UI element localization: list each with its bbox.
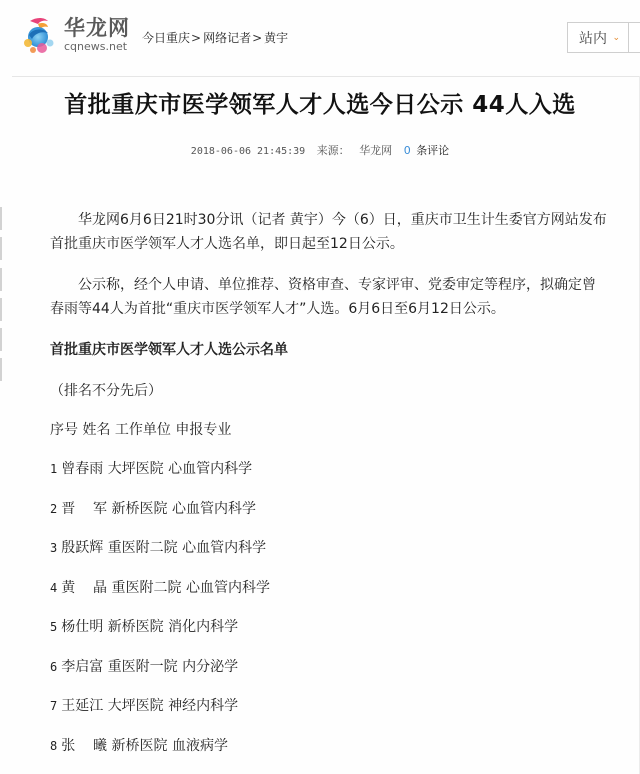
logo-domain: cqnews.net (64, 41, 130, 52)
row-name: 曾春雨 (61, 461, 103, 477)
comment-link[interactable]: 条评论 (416, 144, 449, 157)
row-specialty: 神经内科学 (168, 698, 238, 714)
row-name: 杨仕明 (61, 619, 103, 635)
list-row: 2晋 军 新桥医院 心血管内科学 (50, 497, 608, 521)
row-specialty: 心血管内科学 (168, 461, 252, 477)
row-number: 4 (50, 581, 57, 595)
list-row: 1曾春雨 大坪医院 心血管内科学 (50, 457, 608, 481)
breadcrumb: 今日重庆 > 网络记者 > 黄宇 (142, 29, 288, 46)
row-specialty: 心血管内科学 (186, 580, 270, 596)
search-input[interactable] (628, 22, 640, 53)
left-edge-marker (0, 358, 2, 381)
row-specialty: 内分泌学 (182, 659, 238, 675)
list-row: 3殷跃辉 重医附二院 心血管内科学 (50, 536, 608, 560)
row-unit: 大坪医院 (108, 461, 164, 477)
row-specialty: 心血管内科学 (172, 501, 256, 517)
row-specialty: 心血管内科学 (182, 540, 266, 556)
site-logo[interactable]: 华龙网 cqnews.net (20, 14, 138, 56)
row-unit: 新桥医院 (112, 501, 168, 517)
row-name: 殷跃辉 (61, 540, 103, 556)
row-number: 1 (50, 462, 57, 476)
left-edge-marker (0, 328, 2, 351)
site-header: 华龙网 cqnews.net 今日重庆 > 网络记者 > 黄宇 站内 ⌄ (0, 0, 640, 76)
left-edge-marker (0, 268, 2, 291)
list-row: 4黄 晶 重医附二院 心血管内科学 (50, 576, 608, 600)
row-specialty: 血液病学 (172, 738, 228, 754)
header-divider (12, 76, 640, 77)
row-number: 8 (50, 739, 57, 753)
article-body: 华龙网6月6日21时30分讯（记者 黄宇）今（6）日，重庆市卫生计生委官方网站发… (50, 208, 608, 773)
row-name: 黄 晶 (61, 580, 107, 596)
list-note: （排名不分先后） (50, 379, 608, 403)
search-scope-select[interactable]: 站内 ⌄ (567, 22, 629, 53)
publish-datetime: 2018-06-06 21:45:39 (191, 146, 305, 157)
row-number: 7 (50, 699, 57, 713)
breadcrumb-separator-icon: > (191, 31, 201, 45)
row-name: 王延江 (61, 698, 103, 714)
source-label: 来源： (317, 144, 350, 157)
breadcrumb-item-network-reporters[interactable]: 网络记者 (203, 29, 251, 46)
row-unit: 重医附二院 (112, 580, 182, 596)
breadcrumb-item-reporter-name[interactable]: 黄宇 (264, 29, 288, 46)
list-column-headers: 序号 姓名 工作单位 申报专业 (50, 418, 608, 442)
row-specialty: 消化内科学 (168, 619, 238, 635)
breadcrumb-separator-icon: > (252, 31, 262, 45)
left-edge-marker (0, 207, 2, 230)
search-scope-value: 站内 (579, 28, 607, 48)
row-name: 张 曦 (61, 738, 107, 754)
row-unit: 新桥医院 (108, 619, 164, 635)
dragon-logo-icon (20, 15, 60, 55)
article-meta: 2018-06-06 21:45:39 来源： 华龙网 0 条评论 (0, 142, 640, 158)
article-paragraph: 公示称，经个人申请、单位推荐、资格审查、专家评审、党委审定等程序，拟确定曾春雨等… (50, 273, 608, 321)
article-paragraph: 华龙网6月6日21时30分讯（记者 黄宇）今（6）日，重庆市卫生计生委官方网站发… (50, 208, 608, 256)
row-unit: 大坪医院 (108, 698, 164, 714)
row-unit: 重医附二院 (108, 540, 178, 556)
row-number: 2 (50, 502, 57, 516)
row-unit: 新桥医院 (112, 738, 168, 754)
logo-chinese-name: 华龙网 (64, 18, 130, 39)
row-name: 李启富 (61, 659, 103, 675)
list-row: 5杨仕明 新桥医院 消化内科学 (50, 615, 608, 639)
row-number: 3 (50, 541, 57, 555)
row-unit: 重医附一院 (108, 659, 178, 675)
row-number: 6 (50, 660, 57, 674)
breadcrumb-item-today-chongqing[interactable]: 今日重庆 (142, 29, 190, 46)
list-row: 7王延江 大坪医院 神经内科学 (50, 694, 608, 718)
comment-count[interactable]: 0 (404, 144, 411, 157)
list-heading: 首批重庆市医学领军人才人选公示名单 (50, 338, 608, 362)
list-row: 6李启富 重医附一院 内分泌学 (50, 655, 608, 679)
row-name: 晋 军 (61, 501, 107, 517)
chevron-down-icon: ⌄ (612, 33, 620, 43)
row-number: 5 (50, 620, 57, 634)
list-row: 8张 曦 新桥医院 血液病学 (50, 734, 608, 758)
logo-text: 华龙网 cqnews.net (64, 18, 130, 52)
article-title: 首批重庆市医学领军人才人选今日公示 44人入选 (0, 86, 640, 119)
source-name: 华龙网 (359, 144, 392, 157)
left-edge-marker (0, 298, 2, 321)
left-edge-marker (0, 237, 2, 260)
